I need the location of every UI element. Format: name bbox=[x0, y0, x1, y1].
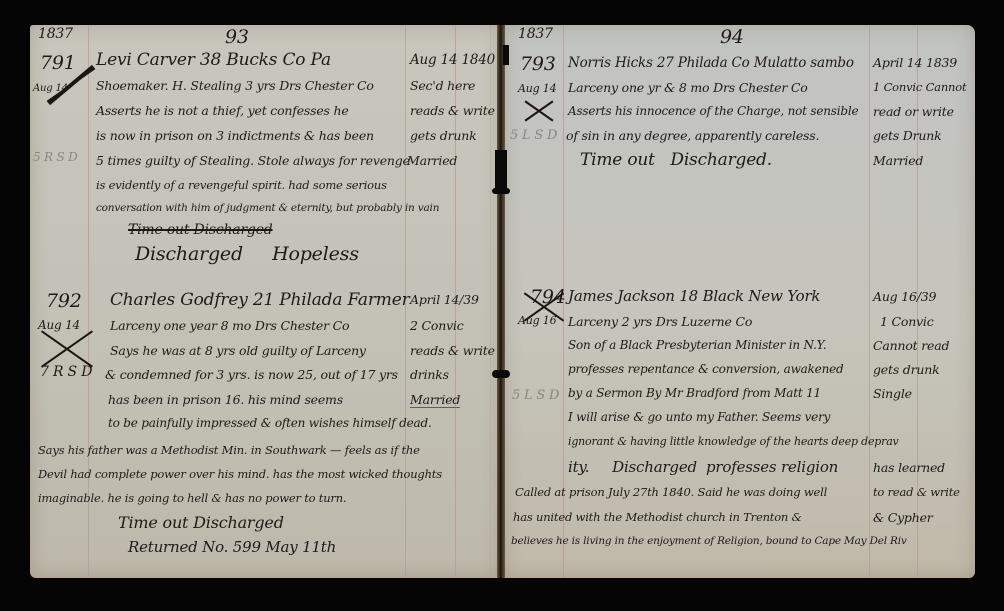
entry-line: I will arise & go unto my Father. Seems … bbox=[568, 410, 830, 424]
entry-date: Aug 16 bbox=[518, 314, 556, 327]
entry-line: Says he was at 8 yrs old guilty of Larce… bbox=[110, 343, 366, 358]
entry-code: 5 R S D bbox=[33, 150, 78, 164]
entry-line: is evidently of a revengeful spirit. had… bbox=[96, 178, 387, 192]
entry-line: 5 times guilty of Stealing. Stole always… bbox=[96, 153, 410, 168]
margin-note-line: believes he is living in the enjoyment o… bbox=[511, 535, 907, 547]
side-note: to read & write bbox=[873, 485, 960, 499]
entry-line: ignorant & having little knowledge of th… bbox=[568, 435, 899, 448]
side-note: Aug 14 1840 bbox=[410, 52, 495, 68]
entry-line: is now in prison on 3 indictments & has … bbox=[96, 128, 374, 143]
entry-code: 5 L S D bbox=[510, 128, 557, 143]
side-note: read or write bbox=[873, 104, 954, 119]
entry-number: 792 bbox=[46, 290, 82, 312]
disposition: ity. Discharged professes religion bbox=[568, 458, 838, 476]
notes-column-rule bbox=[869, 25, 870, 578]
book-gutter bbox=[497, 25, 505, 578]
year-heading: 1837 bbox=[38, 26, 73, 42]
side-note: Sec'd here bbox=[410, 78, 475, 93]
side-note: has learned bbox=[873, 460, 945, 475]
side-note: April 14 1839 bbox=[873, 55, 957, 70]
side-note: gets drunk bbox=[410, 128, 476, 143]
side-note: drinks bbox=[410, 367, 449, 382]
entry-line: Asserts he is not a thief, yet confesses… bbox=[96, 103, 349, 118]
margin-note-line: Says his father was a Methodist Min. in … bbox=[38, 443, 420, 457]
entry-line: Larceny one year 8 mo Drs Chester Co bbox=[110, 318, 349, 333]
entry-line: by a Sermon By Mr Bradford from Matt 11 bbox=[568, 386, 821, 400]
entry-code: 5 L S D bbox=[512, 388, 559, 403]
entry-number: 794 bbox=[530, 286, 566, 308]
entry-number: 791 bbox=[40, 52, 76, 74]
binding-knot bbox=[492, 370, 510, 378]
entry-date: Aug 14 bbox=[33, 83, 68, 94]
entry-line: has been in prison 16. his mind seems bbox=[108, 392, 343, 407]
margin-note-line: Called at prison July 27th 1840. Said he… bbox=[515, 485, 827, 499]
side-note: Married bbox=[873, 153, 923, 168]
side-note: Married bbox=[410, 392, 460, 408]
binding-knot bbox=[492, 188, 510, 194]
side-note: Cannot read bbox=[873, 338, 949, 353]
margin-note-line: Devil had complete power over his mind. … bbox=[38, 467, 442, 481]
side-note: Married bbox=[407, 153, 457, 168]
side-note: 1 Convic bbox=[880, 314, 934, 329]
entry-line: Levi Carver 38 Bucks Co Pa bbox=[96, 50, 331, 70]
entry-date: Aug 14 bbox=[38, 318, 80, 332]
margin-note-line: imaginable. he is going to hell & has no… bbox=[38, 491, 346, 505]
binding-thread bbox=[495, 150, 507, 190]
entry-line: Norris Hicks 27 Philada Co Mulatto sambo bbox=[568, 55, 854, 71]
side-note: gets Drunk bbox=[873, 128, 941, 143]
entry-date: Aug 14 bbox=[518, 82, 556, 95]
disposition: Discharged Hopeless bbox=[135, 243, 359, 265]
entry-line: Larceny one yr & 8 mo Drs Chester Co bbox=[568, 80, 808, 95]
entry-line: James Jackson 18 Black New York bbox=[568, 287, 820, 305]
entry-line: Larceny 2 yrs Drs Luzerne Co bbox=[568, 314, 752, 329]
returned-note: Returned No. 599 May 11th bbox=[128, 538, 336, 556]
side-note: & Cypher bbox=[873, 510, 933, 525]
side-note: Aug 16/39 bbox=[873, 289, 936, 304]
margin-note-line: has united with the Methodist church in … bbox=[513, 510, 802, 524]
entry-line: professes repentance & conversion, awake… bbox=[568, 362, 844, 376]
entry-line: Shoemaker. H. Stealing 3 yrs Drs Chester… bbox=[96, 78, 374, 93]
disposition: Time out Discharged bbox=[118, 513, 284, 532]
side-note: reads & write bbox=[410, 103, 495, 118]
page-number: 94 bbox=[720, 26, 744, 48]
side-note: Single bbox=[873, 386, 912, 401]
entry-code: 7 R S D bbox=[40, 364, 92, 380]
disposition: Time out Discharged. bbox=[580, 150, 772, 170]
side-note: 1 Convic Cannot bbox=[873, 80, 966, 94]
entry-line: conversation with him of judgment & eter… bbox=[96, 202, 439, 214]
side-note: 2 Convic bbox=[410, 318, 464, 333]
side-note: reads & write bbox=[410, 343, 495, 358]
entry-line: Asserts his innocence of the Charge, not… bbox=[568, 104, 858, 118]
year-heading: 1837 bbox=[518, 26, 553, 42]
struck-disposition: Time out Discharged bbox=[128, 222, 273, 238]
entry-line: & condemned for 3 yrs. is now 25, out of… bbox=[105, 367, 398, 382]
entry-line: to be painfully impressed & often wishes… bbox=[108, 416, 432, 430]
side-note: gets drunk bbox=[873, 362, 939, 377]
page-number: 93 bbox=[225, 26, 249, 48]
entry-line: Son of a Black Presbyterian Minister in … bbox=[568, 338, 826, 352]
side-note: April 14/39 bbox=[410, 292, 479, 307]
binding-thread bbox=[503, 45, 509, 65]
entry-number: 793 bbox=[520, 53, 556, 75]
entry-line: Charles Godfrey 21 Philada Farmer bbox=[110, 290, 410, 310]
entry-line: of sin in any degree, apparently careles… bbox=[566, 128, 819, 143]
